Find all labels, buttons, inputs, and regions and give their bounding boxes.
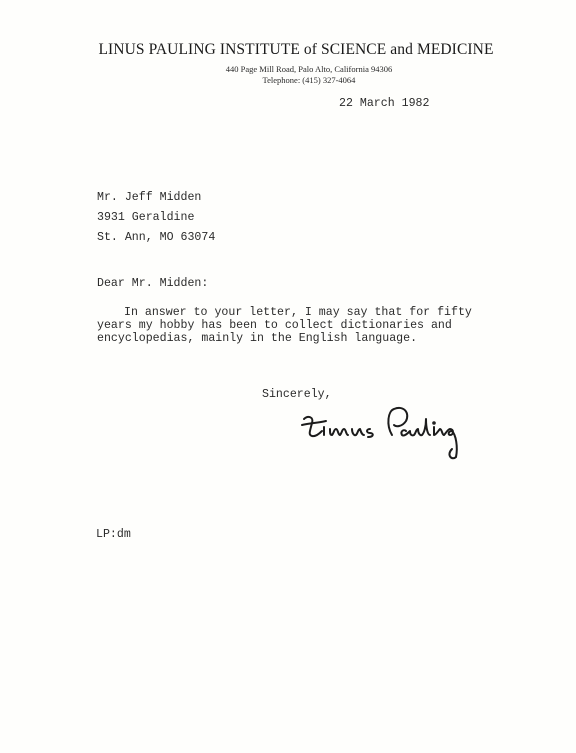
letterhead-title: LINUS PAULING INSTITUTE of SCIENCE and M… [0, 41, 576, 59]
recipient-city: St. Ann, MO 63074 [97, 231, 215, 244]
body-line: In answer to your letter, I may say that… [124, 306, 472, 319]
letter-date: 22 March 1982 [339, 97, 429, 110]
closing: Sincerely, [262, 388, 332, 401]
body-line: years my hobby has been to collect dicti… [97, 319, 452, 332]
letterhead-address: 440 Page Mill Road, Palo Alto, Californi… [0, 64, 576, 74]
recipient-street: 3931 Geraldine [97, 211, 194, 224]
body-line: encyclopedias, mainly in the English lan… [97, 332, 417, 345]
recipient-name: Mr. Jeff Midden [97, 191, 201, 204]
letter-page: LINUS PAULING INSTITUTE of SCIENCE and M… [0, 0, 576, 753]
letterhead-telephone: Telephone: (415) 327-4064 [0, 75, 576, 85]
signature-image [300, 405, 465, 463]
reference-initials: LP:dm [96, 528, 131, 541]
salutation: Dear Mr. Midden: [97, 277, 208, 290]
